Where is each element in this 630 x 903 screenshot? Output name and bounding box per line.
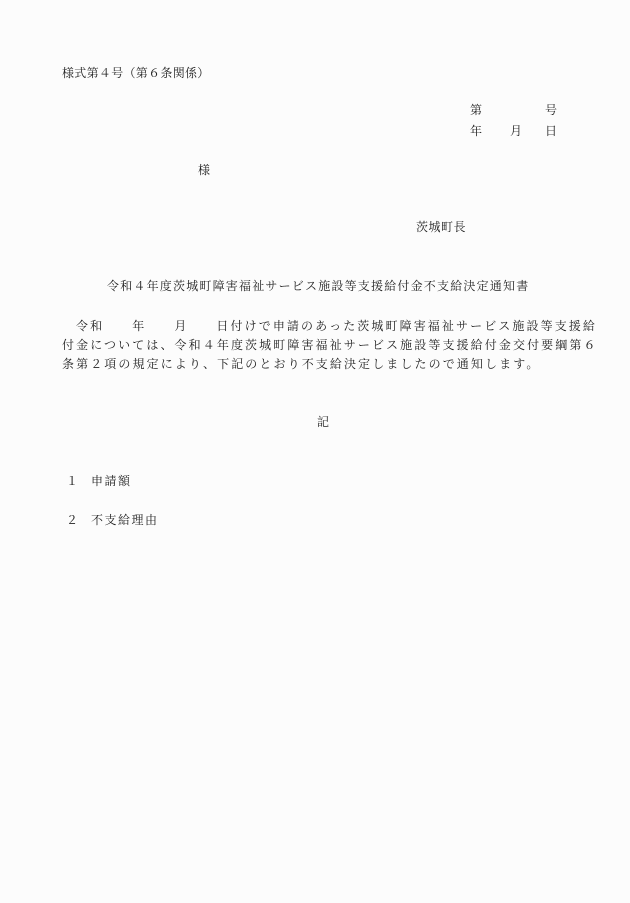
form-label: 様式第４号（第６条関係） [62, 65, 210, 81]
item-label: 申請額 [91, 474, 132, 488]
ki-heading: 記 [317, 414, 329, 430]
document-number-prefix: 第 [470, 103, 482, 117]
date-day: 日 [545, 123, 557, 139]
body-era: 令和 [76, 319, 104, 333]
document-number: 第 号 [470, 102, 482, 118]
body-year: 年 [132, 319, 146, 333]
item-number: １ [66, 473, 91, 489]
item-number: ２ [66, 512, 91, 528]
body-line-3: 条第２項の規定により、下記のとおり不支給決定しましたので通知します。 [62, 355, 562, 374]
item-label: 不支給理由 [91, 513, 159, 527]
date-month: 月 [510, 123, 522, 139]
document-number-suffix: 号 [545, 102, 557, 118]
body-paragraph: 令和年月日付けで申請のあった茨城町障害福祉サービス施設等支援給 付金については、… [62, 317, 562, 374]
body-line-2: 付金については、令和４年度茨城町障害福祉サービス施設等支援給付金交付要綱第６ [62, 336, 562, 355]
body-line-1: 令和年月日付けで申請のあった茨城町障害福祉サービス施設等支援給 [62, 317, 562, 336]
body-line-1-rest: 日付けで申請のあった茨城町障害福祉サービス施設等支援給 [216, 319, 597, 333]
list-item: ２不支給理由 [66, 512, 159, 528]
date-year: 年 [470, 124, 482, 138]
document-date: 年 月 日 [470, 123, 482, 139]
recipient-honorific: 様 [198, 162, 210, 178]
body-month: 月 [174, 319, 188, 333]
document-title: 令和４年度茨城町障害福祉サービス施設等支援給付金不支給決定通知書 [107, 278, 529, 294]
sender-name: 茨城町長 [416, 219, 466, 235]
list-item: １申請額 [66, 473, 132, 489]
